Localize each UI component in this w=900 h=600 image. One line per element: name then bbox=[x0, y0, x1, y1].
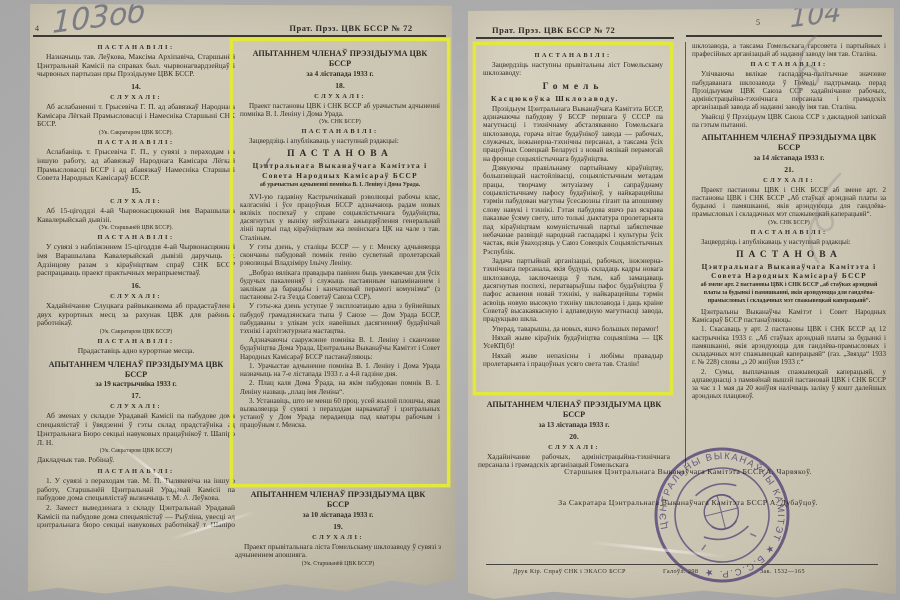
header-rule-left-col bbox=[476, 37, 674, 39]
doc-block-hd: СЛУХАЛІ: bbox=[235, 534, 441, 541]
doc-block-note: (Ук. Старшынёй ЦВК БССР) bbox=[235, 561, 441, 567]
doc-block-p: Праект прывітальнага ліста Гомельскаму ш… bbox=[235, 543, 441, 560]
doc-block-hd: ПАСТАНАВІЛІ: bbox=[37, 338, 235, 345]
doc-block-hd: ПАСТАНАВІЛІ: bbox=[37, 234, 235, 241]
left-page-scan: 103об 4 Прат. Прэз. ЦВК БССР № 72 ПАСТАН… bbox=[28, 4, 456, 596]
doc-block-note: (Ук. Сакратаром ЦВК БССР). bbox=[37, 130, 235, 136]
header-rule bbox=[33, 35, 446, 37]
doc-block-p: Зацвердзіць наступны прывітальны ліст Го… bbox=[483, 61, 663, 78]
doc-block-hd: СЛУХАЛІ: bbox=[692, 177, 886, 184]
doc-block-note: (Ук. Сакратаром ЦВК БССР) bbox=[37, 448, 235, 454]
doc-block-p: Аб аслабаненні т. Грысевіча Г. П. ад аба… bbox=[37, 103, 235, 129]
doc-block-sp: Гомель bbox=[483, 82, 663, 92]
doc-block-p: Аб 15-цігоддзі 4-ай Чырвонасцяжнай імя В… bbox=[37, 207, 235, 224]
doc-block-p: Няхай жыве непахісны і любімы правадыр п… bbox=[483, 352, 663, 369]
doc-block-p: 1. У сувязі з пераходам тав. М. П. Тыляк… bbox=[37, 477, 235, 503]
doc-block-p: 1. Урачыстае адчыненне помніка В. І. Лен… bbox=[240, 362, 440, 378]
doc-block-big: АПЫТАННЕМ ЧЛЕНАЎ ПРЭЗІДЫУМА ЦВК БССР bbox=[41, 360, 231, 380]
doc-block-hd: ПАСТАНАВІЛІ: bbox=[37, 468, 235, 475]
doc-block-big: АПЫТАННЕМ ЧЛЕНАЎ ПРЭЗІДЫУМА ЦВК БССР bbox=[244, 49, 436, 69]
doc-block-hd: ПАСТАНАВІЛІ: bbox=[483, 52, 663, 59]
doc-block-hd: СЛУХАЛІ: bbox=[478, 444, 670, 451]
doc-block-num: 17. bbox=[37, 391, 235, 400]
doc-block-date: за 4 лістапада 1933 г. bbox=[240, 70, 440, 78]
doc-block-hd: СЛУХАЛІ: bbox=[240, 93, 440, 100]
doc-block-p: Аслабаніць т. Грысевіча Г. П., у сувязі … bbox=[37, 148, 235, 183]
doc-block-p: Адзначаючы сааружэнне помніка В. І. Лені… bbox=[240, 336, 440, 361]
doc-block-note: (Ук. СНК БССР) bbox=[692, 220, 886, 226]
doc-block-hd: СЛУХАЛІ: bbox=[37, 293, 235, 300]
doc-block-p: Цэнтральны Выканаўчы Камітэт і Совет Нар… bbox=[692, 308, 886, 324]
doc-block-date: за 14 лістапада 1933 г. bbox=[692, 154, 886, 162]
pencil-mark-icon bbox=[796, 168, 856, 268]
doc-block-p: Увайсці ў Прэзідыум ЦВК Саюза ССР з дакл… bbox=[692, 113, 886, 129]
doc-block-p: „Вобраз вялікага правадыра павінен быць … bbox=[240, 269, 440, 302]
doc-block-p: Зацвердзіць і апублікаваць у наступнай р… bbox=[240, 137, 440, 145]
protocol-header: Прат. Прэз. ЦВК БССР № 72 bbox=[492, 25, 615, 35]
doc-block-num: 20. bbox=[478, 432, 670, 441]
doc-block-p: 3. Устанавіць, што не менш 60 проц. усей… bbox=[240, 397, 440, 430]
doc-block-hd: ПАСТАНАВІЛІ: bbox=[37, 44, 235, 51]
header-rule-right-col bbox=[686, 35, 882, 37]
handwritten-checkmark: ✓ bbox=[260, 153, 275, 173]
doc-block-p: 2. Сумы, выплачаныя спажывецкай каперацы… bbox=[692, 368, 886, 401]
doc-block-p: Хадайнічанне Слуцкага райвыканкома аб пр… bbox=[37, 302, 235, 328]
doc-block-p: Дзякуючы правільнаму партыйнаму кіраўніц… bbox=[483, 164, 663, 256]
doc-block-num: 15. bbox=[37, 186, 235, 195]
doc-block-num: 19. bbox=[235, 522, 441, 531]
doc-block-spl: Касцюкоўка Шклозаводу. bbox=[483, 94, 663, 103]
left-page-column-2-after: АПЫТАННЕМ ЧЛЕНАЎ ПРЭЗІДЫУМА ЦВК БССРза 1… bbox=[235, 486, 441, 592]
handwritten-folio-number: 104 bbox=[790, 8, 842, 34]
doc-block-sub: аб змене арт. 2 пастановы ЦВК і СНК БССР… bbox=[700, 282, 878, 305]
doc-block-big: АПЫТАННЕМ ЧЛЕНАЎ ПРЭЗІДЫУМА ЦВК БССР bbox=[239, 490, 437, 510]
footer-printer-credit: Друк Кір. Спраў СНК і ЭКАСО БССР bbox=[513, 568, 626, 575]
printed-page-number: 4 bbox=[35, 24, 39, 33]
doc-block-hd: СЛУХАЛІ: bbox=[37, 198, 235, 205]
highlight-box-greeting-letter: ПАСТАНАВІЛІ:Зацвердзіць наступны прывіта… bbox=[473, 42, 673, 395]
right-page-column-1-after: АПЫТАННЕМ ЧЛЕНАЎ ПРЭЗІДЫУМА ЦВК БССРза 1… bbox=[478, 396, 670, 468]
doc-block-p: 1. Скасаваць у арт. 2 пастановы ЦВК і СН… bbox=[692, 325, 886, 366]
doc-block-hd: ПАСТАНАВІЛІ: bbox=[692, 229, 886, 236]
column-divider-rule bbox=[685, 42, 686, 466]
doc-block-p: Зацвердзіць і апублікаваць у наступнай р… bbox=[692, 238, 886, 246]
doc-block-p: Аб зменах у складзе Урадавай Камісіі па … bbox=[37, 412, 235, 447]
doc-block-note: (Ук. СНК БССР) bbox=[240, 119, 440, 125]
doc-block-hd: СЛУХАЛІ: bbox=[37, 403, 235, 410]
doc-block-p: У гэты-жа дзень уступае ў эксплоатацыю а… bbox=[240, 302, 440, 335]
doc-block-num: 14. bbox=[37, 82, 235, 91]
doc-block-sp: ПАСТАНОВА bbox=[692, 250, 886, 260]
doc-block-p: Задача партыйнай арганізацыі, рабочых, і… bbox=[483, 257, 663, 324]
pencil-mark-icon bbox=[786, 32, 832, 112]
doc-block-p: Уперад, таварышы, да новых, яшчэ большых… bbox=[483, 325, 663, 333]
doc-block-p: Хадайнічанне рабочых, адміністрацыйна-тэ… bbox=[478, 453, 670, 468]
doc-block-p: XVI-ую гадавіну Кастрычнікавай рэволюцыі… bbox=[240, 193, 440, 242]
doc-block-p: Праект пастановы ЦВК і СНК БССР аб урачы… bbox=[240, 102, 440, 118]
footer-censor-number: Галоўл. 298 bbox=[663, 568, 698, 575]
footer-rule bbox=[486, 564, 878, 565]
doc-block-p: Назначыць тав. Леўкова, Максіма Архіпаві… bbox=[37, 53, 235, 79]
archival-scan-background: 103об 4 Прат. Прэз. ЦВК БССР № 72 ПАСТАН… bbox=[0, 0, 900, 600]
doc-block-num: 18. bbox=[240, 81, 440, 90]
doc-block-num: 16. bbox=[37, 281, 235, 290]
doc-block-num: 21. bbox=[692, 165, 886, 174]
highlight-box-item-18: АПЫТАННЕМ ЧЛЕНАЎ ПРЭЗІДЫУМА ЦВК БССРза 4… bbox=[230, 38, 450, 487]
doc-block-p: 2. Плац каля Дома Ўрада, на якім пабудов… bbox=[240, 379, 440, 395]
doc-block-pc: Прадаставіць адно курортнае месца. bbox=[37, 347, 235, 356]
printed-page-number: 5 bbox=[756, 18, 760, 27]
doc-block-date: за 10 лістапада 1933 г. bbox=[235, 511, 441, 519]
doc-block-p: Прэзідыум Цэнтральнага Выканаўчага Каміт… bbox=[483, 105, 663, 163]
doc-block-hd: СЛУХАЛІ: bbox=[37, 94, 235, 101]
right-page-scan: 104 5 Прат. Прэз. ЦВК БССР № 72 ПАСТАНАВ… bbox=[468, 8, 896, 600]
doc-block-hd: ПАСТАНАВІЛІ: bbox=[240, 128, 440, 135]
doc-block-big: АПЫТАННЕМ ЧЛЕНАЎ ПРЭЗІДЫУМА ЦВК БССР bbox=[696, 133, 882, 153]
doc-block-p: Праект пастановы ЦВК і СНК БССР аб змене… bbox=[692, 186, 886, 219]
doc-block-p: Няхай жыве кіраўнік будаўніцтва соцыяліз… bbox=[483, 334, 663, 351]
footer-order-number: Зак. 1532—165 bbox=[760, 568, 805, 575]
doc-block-hd: ПАСТАНАВІЛІ: bbox=[37, 139, 235, 146]
doc-block-note: (Ук. Старшынёй ЦВК БССР). bbox=[37, 225, 235, 231]
doc-block-sub: аб урачыстым адчыненні помніка В. І. Лен… bbox=[248, 182, 432, 190]
doc-block-note: (Ук. Сакратаром ЦВК БССР) bbox=[37, 329, 235, 335]
doc-block-date: за 13 лістапада 1933 г. bbox=[478, 421, 670, 429]
doc-block-p: У гэты дзень, у сталіцы БССР — у г. Менс… bbox=[240, 243, 440, 268]
doc-block-p: У сувязі з набліжэннем 15-цігоддзя 4-ай … bbox=[37, 243, 235, 278]
doc-block-big: АПЫТАННЕМ ЧЛЕНАЎ ПРЭЗІДЫУМА ЦВК БССР bbox=[482, 400, 666, 420]
protocol-header: Прат. Прэз. ЦВК БССР № 72 bbox=[256, 23, 446, 33]
doc-block-date: за 19 кастрычніка 1933 г. bbox=[37, 380, 235, 388]
